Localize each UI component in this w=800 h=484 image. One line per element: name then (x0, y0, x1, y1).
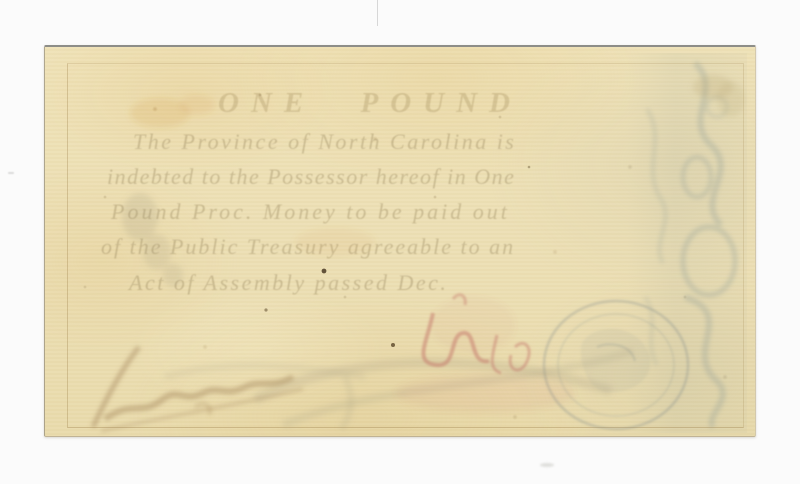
currency-note-back: ONE POUND The Province of North Carolina… (44, 45, 756, 437)
background-smudge (540, 463, 554, 467)
right-ornament-ghost (645, 63, 735, 427)
background-speck (8, 172, 14, 174)
show-through-marks-layer (45, 47, 755, 436)
orange-ghost-marks (130, 95, 375, 256)
gray-smudge-patch (122, 193, 183, 287)
scanner-hairline-artifact (377, 0, 378, 26)
scan-background: ONE POUND The Province of North Carolina… (0, 0, 800, 484)
red-signature-ghost (395, 295, 575, 413)
